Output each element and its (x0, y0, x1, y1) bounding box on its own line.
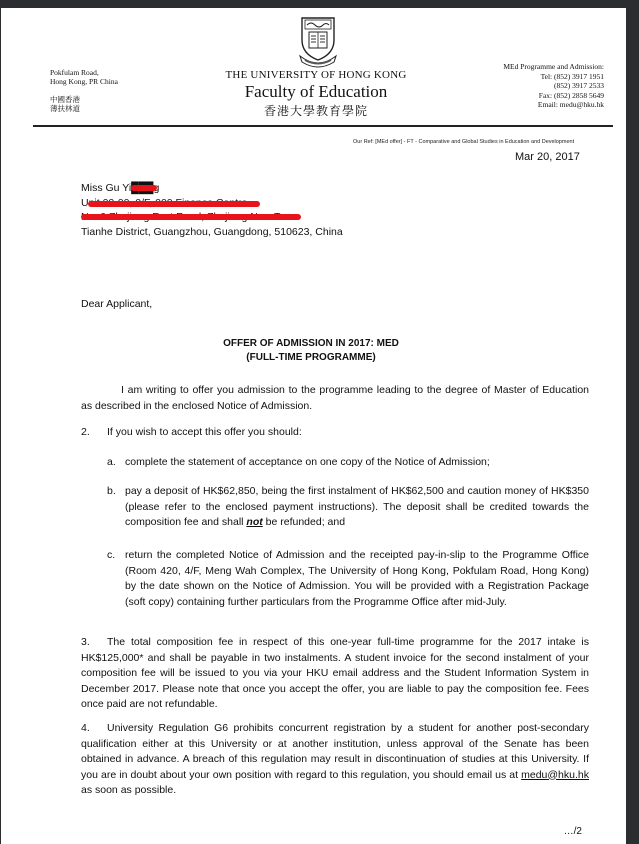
item-a: a. complete the statement of acceptance … (107, 455, 589, 471)
item-text: complete the statement of acceptance on … (125, 455, 589, 471)
redaction-mark (131, 185, 157, 191)
paragraph-text: If you wish to accept this offer you sho… (107, 426, 302, 438)
faculty-name-cn: 香港大學教育學院 (181, 102, 451, 119)
address-text: Tianhe District, Guangzhou, Guangdong, 5… (81, 226, 343, 238)
redaction-mark (81, 214, 301, 220)
title-line: OFFER OF ADMISSION IN 2017: MED (81, 337, 541, 351)
address-cn-line: 中國香港 (50, 95, 118, 104)
address-cn-line: 薄扶林道 (50, 104, 118, 113)
recipient-address-line: Unit 00-00, 0/F, 000 Finance Centre (81, 196, 343, 211)
item-label: c. (107, 548, 115, 564)
header-divider (33, 125, 613, 127)
recipient-address: Miss Gu Yi███g Unit 00-00, 0/F, 000 Fina… (81, 181, 343, 239)
contact-block: MEd Programme and Admission: Tel: (852) … (503, 62, 604, 110)
item-text-part: be refunded; and (263, 516, 345, 528)
letter-page: Pokfulam Road, Hong Kong, PR China 中國香港 … (1, 8, 626, 844)
paragraph-text: The total composition fee in respect of … (81, 636, 589, 710)
recipient-name-line: Miss Gu Yi███g (81, 181, 343, 196)
university-name: THE UNIVERSITY OF HONG KONG (181, 69, 451, 81)
item-label: b. (107, 484, 116, 500)
reference-line: Our Ref: [MEd offer] - FT - Comparative … (353, 139, 574, 145)
emphasis-not: not (246, 516, 262, 528)
contact-heading: MEd Programme and Admission: (503, 62, 604, 72)
university-address: Pokfulam Road, Hong Kong, PR China 中國香港 … (50, 68, 118, 113)
paragraph-number: 3. (81, 635, 107, 651)
contact-tel: Tel: (852) 3917 1951 (503, 72, 604, 82)
salutation: Dear Applicant, (81, 298, 152, 310)
page-continuation: …/2 (564, 826, 582, 837)
item-text: pay a deposit of HK$62,850, being the fi… (125, 484, 589, 531)
paragraph-2: 2.If you wish to accept this offer you s… (81, 425, 589, 441)
address-line: Pokfulam Road, (50, 68, 118, 77)
address-line: Hong Kong, PR China (50, 77, 118, 86)
recipient-address-line: No. 0 Zhujiang East Road, Zhujiang New T… (81, 210, 343, 225)
contact-fax: Fax: (852) 2858 5649 (503, 91, 604, 101)
item-c: c. return the completed Notice of Admiss… (107, 548, 589, 610)
faculty-name: Faculty of Education (181, 82, 451, 102)
viewer-scrollbar[interactable] (626, 0, 639, 844)
paragraph-number: 2. (81, 425, 107, 441)
paragraph-3: 3.The total composition fee in respect o… (81, 635, 589, 713)
item-b: b. pay a deposit of HK$62,850, being the… (107, 484, 589, 531)
email-link[interactable]: medu@hku.hk (521, 769, 589, 781)
contact-email: Email: medu@hku.hk (503, 100, 604, 110)
paragraph-text: University Regulation G6 prohibits concu… (81, 722, 589, 781)
hku-crest-icon (296, 14, 340, 70)
item-label: a. (107, 455, 116, 471)
letter-date: Mar 20, 2017 (515, 151, 580, 163)
contact-tel: (852) 3917 2533 (503, 81, 604, 91)
paragraph-number: 4. (81, 721, 107, 737)
item-text: return the completed Notice of Admission… (125, 548, 589, 610)
title-line: (FULL-TIME PROGRAMME) (81, 351, 541, 365)
item-text-part: pay a deposit of HK$62,850, being the fi… (125, 485, 589, 528)
letter-title: OFFER OF ADMISSION IN 2017: MED (FULL-TI… (81, 337, 541, 365)
redaction-mark (88, 201, 260, 207)
paragraph-1: I am writing to offer you admission to t… (81, 383, 589, 414)
paragraph-text: as soon as possible. (81, 784, 176, 796)
paragraph-4: 4.University Regulation G6 prohibits con… (81, 721, 589, 799)
recipient-address-line: Tianhe District, Guangzhou, Guangdong, 5… (81, 225, 343, 240)
